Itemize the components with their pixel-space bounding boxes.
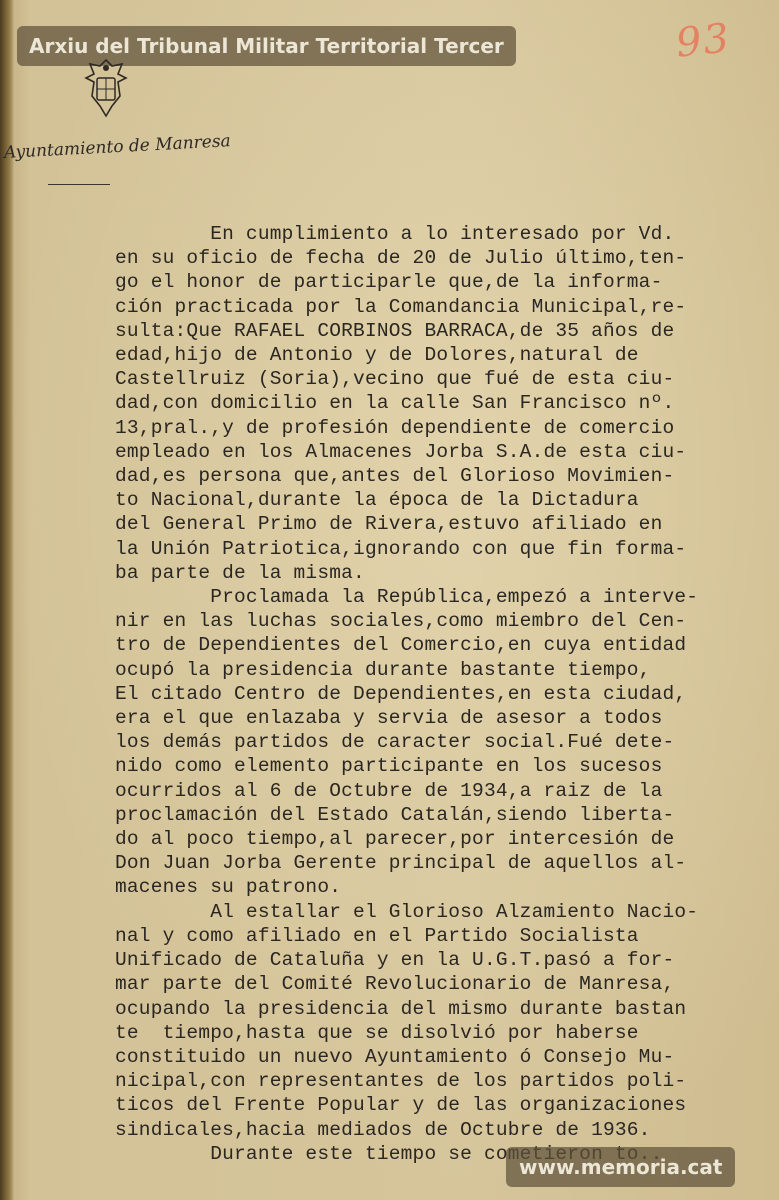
- document-line: dad,con domicilio en la calle San Franci…: [115, 391, 779, 415]
- folio-number: 93: [674, 15, 733, 66]
- document-line: to Nacional,durante la época de la Dicta…: [115, 488, 779, 512]
- document-line: Castellruiz (Soria),vecino que fué de es…: [115, 367, 779, 391]
- document-line: ocupó la presidencia durante bastante ti…: [115, 658, 779, 682]
- document-line: Al estallar el Glorioso Alzamiento Nacio…: [115, 900, 779, 924]
- document-line: 13,pral.,y de profesión dependiente de c…: [115, 416, 779, 440]
- document-line: Unificado de Cataluña y en la U.G.T.pasó…: [115, 948, 779, 972]
- document-line: ocupando la presidencia del mismo durant…: [115, 997, 779, 1021]
- document-line: dad,es persona que,antes del Glorioso Mo…: [115, 464, 779, 488]
- document-line: Don Juan Jorba Gerente principal de aque…: [115, 851, 779, 875]
- document-line: mar parte del Comité Revolucionario de M…: [115, 972, 779, 996]
- document-line: proclamación del Estado Catalán,siendo l…: [115, 803, 779, 827]
- document-page: Arxiu del Tribunal Militar Territorial T…: [0, 0, 779, 1200]
- document-line: era el que enlazaba y servia de asesor a…: [115, 706, 779, 730]
- document-line: nal y como afiliado en el Partido Social…: [115, 924, 779, 948]
- document-line: los demás partidos de caracter social.Fu…: [115, 730, 779, 754]
- document-line: ba parte de la misma.: [115, 561, 779, 585]
- document-line: sindicales,hacia mediados de Octubre de …: [115, 1118, 779, 1142]
- document-line: ticos del Frente Popular y de las organi…: [115, 1093, 779, 1117]
- letterhead-rule: [48, 184, 110, 185]
- document-line: ocurridos al 6 de Octubre de 1934,a raiz…: [115, 779, 779, 803]
- site-watermark: www.memoria.cat: [506, 1147, 735, 1187]
- document-line: constituido un nuevo Ayuntamiento ó Cons…: [115, 1045, 779, 1069]
- document-line: tro de Dependientes del Comercio,en cuya…: [115, 633, 779, 657]
- document-line: nicipal,con representantes de los partid…: [115, 1069, 779, 1093]
- document-line: sulta:Que RAFAEL CORBINOS BARRACA,de 35 …: [115, 319, 779, 343]
- binding-edge: [0, 0, 14, 1200]
- document-line: nir en las luchas sociales,como miembro …: [115, 609, 779, 633]
- document-line: te tiempo,hasta que se disolvió por habe…: [115, 1021, 779, 1045]
- document-line: En cumplimiento a lo interesado por Vd.: [115, 222, 779, 246]
- document-line: ción practicada por la Comandancia Munic…: [115, 295, 779, 319]
- document-line: do al poco tiempo,al parecer,por interce…: [115, 827, 779, 851]
- document-line: El citado Centro de Dependientes,en esta…: [115, 682, 779, 706]
- document-line: Proclamada la República,empezó a interve…: [115, 585, 779, 609]
- letterhead-issuer: Ayuntamiento de Manresa: [3, 131, 231, 163]
- document-body: En cumplimiento a lo interesado por Vd.e…: [115, 222, 779, 1166]
- document-line: la Unión Patriotica,ignorando con que fi…: [115, 537, 779, 561]
- document-line: del General Primo de Rivera,estuvo afili…: [115, 512, 779, 536]
- document-line: macenes su patrono.: [115, 875, 779, 899]
- document-line: go el honor de participarle que,de la in…: [115, 270, 779, 294]
- document-line: en su oficio de fecha de 20 de Julio últ…: [115, 246, 779, 270]
- document-line: nido como elemento participante en los s…: [115, 754, 779, 778]
- document-line: edad,hijo de Antonio y de Dolores,natura…: [115, 343, 779, 367]
- document-line: empleado en los Almacenes Jorba S.A.de e…: [115, 440, 779, 464]
- coat-of-arms-icon: [82, 56, 130, 120]
